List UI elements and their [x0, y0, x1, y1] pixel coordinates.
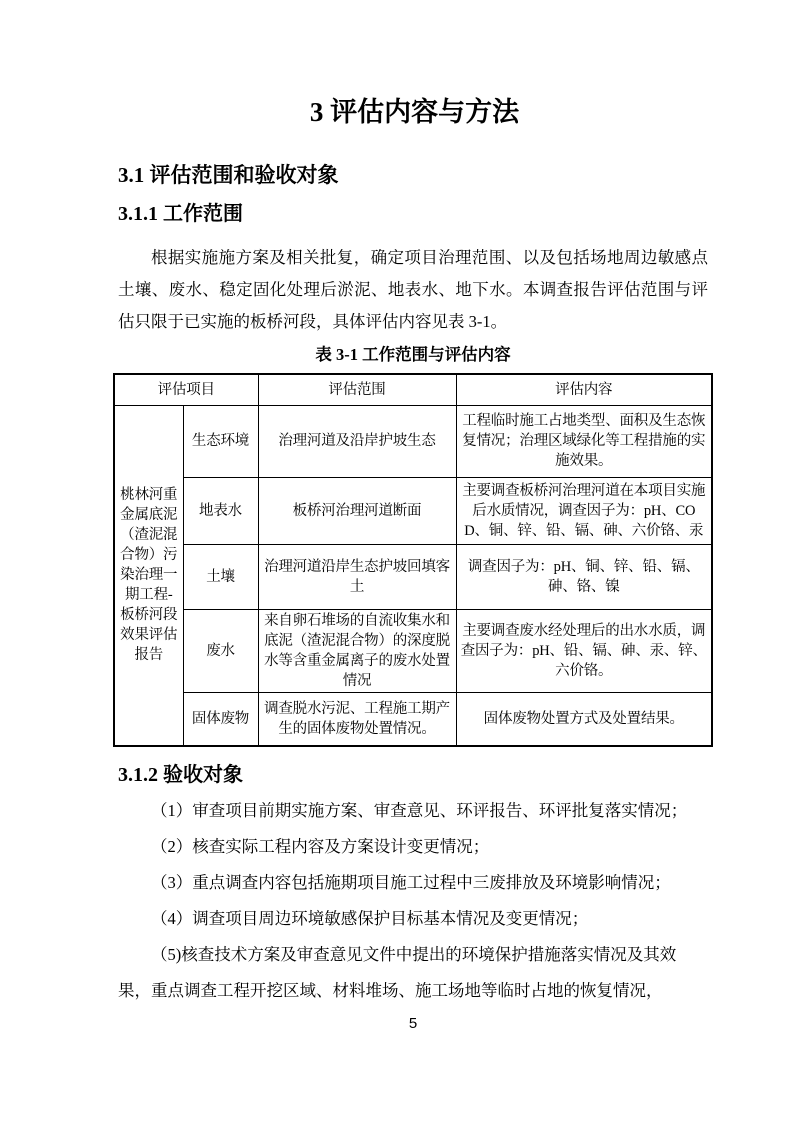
list-item-1: （1）审查项目前期实施方案、审查意见、环评报告、环评批复落实情况； [118, 793, 690, 829]
header-cell-content: 评估内容 [456, 374, 712, 405]
list-item-2: （2）核查实际工程内容及方案设计变更情况； [118, 829, 690, 865]
scope-cell: 来自卵石堆场的自流收集水和底泥（渣泥混合物）的深度脱水等含重金属离子的废水处置情… [258, 609, 456, 692]
page-title: 3 评估内容与方法 [118, 92, 711, 132]
table-row: 固体废物 调查脱水污泥、工程施工期产生的固体废物处置情况。 固体废物处置方式及处… [114, 692, 712, 746]
table-row: 废水 来自卵石堆场的自流收集水和底泥（渣泥混合物）的深度脱水等含重金属离子的废水… [114, 609, 712, 692]
page-content: 3 评估内容与方法 3.1 评估范围和验收对象 3.1.1 工作范围 根据实施施… [118, 92, 711, 1032]
category-cell: 生态环境 [183, 405, 258, 477]
page-number: 5 [118, 1015, 708, 1032]
scope-cell: 板桥河治理河道断面 [258, 477, 456, 544]
content-cell: 工程临时施工占地类型、面积及生态恢复情况；治理区域绿化等工程措施的实施效果。 [456, 405, 712, 477]
document-page: 3 评估内容与方法 3.1 评估范围和验收对象 3.1.1 工作范围 根据实施施… [0, 0, 793, 1122]
heading-3-1-1: 3.1.1 工作范围 [118, 199, 711, 229]
content-cell: 主要调查废水经处理后的出水水质，调查因子为：pH、铅、镉、砷、汞、锌、六价铬。 [456, 609, 712, 692]
category-cell: 废水 [183, 609, 258, 692]
table-caption: 表 3-1 工作范围与评估内容 [118, 344, 708, 366]
category-cell: 固体废物 [183, 692, 258, 746]
content-cell: 主要调查板桥河治理河道在本项目实施后水质情况，调查因子为：pH、COD、铜、锌、… [456, 477, 712, 544]
project-label-cell: 桃林河重金属底泥（渣泥混合物）污染治理一期工程-板桥河段效果评估报告 [114, 405, 183, 746]
list-item-3: （3）重点调查内容包括施期项目施工过程中三废排放及环境影响情况； [118, 865, 690, 901]
list-item-4: （4）调查项目周边环境敏感保护目标基本情况及变更情况； [118, 901, 690, 937]
table-row: 地表水 板桥河治理河道断面 主要调查板桥河治理河道在本项目实施后水质情况，调查因… [114, 477, 712, 544]
table-header-row: 评估项目 评估范围 评估内容 [114, 374, 712, 405]
category-cell: 土壤 [183, 544, 258, 609]
scope-cell: 调查脱水污泥、工程施工期产生的固体废物处置情况。 [258, 692, 456, 746]
work-scope-paragraph: 根据实施施方案及相关批复，确定项目治理范围、以及包括场地周边敏感点土壤、废水、稳… [118, 242, 708, 338]
content-cell: 调查因子为：pH、铜、锌、铅、镉、砷、铬、镍 [456, 544, 712, 609]
table-row: 桃林河重金属底泥（渣泥混合物）污染治理一期工程-板桥河段效果评估报告 生态环境 … [114, 405, 712, 477]
table-row: 土壤 治理河道沿岸生态护坡回填客土 调查因子为：pH、铜、锌、铅、镉、砷、铬、镍 [114, 544, 712, 609]
content-cell: 固体废物处置方式及处置结果。 [456, 692, 712, 746]
heading-3-1: 3.1 评估范围和验收对象 [118, 159, 711, 191]
header-cell-scope: 评估范围 [258, 374, 456, 405]
scope-cell: 治理河道沿岸生态护坡回填客土 [258, 544, 456, 609]
scope-cell: 治理河道及沿岸护坡生态 [258, 405, 456, 477]
category-cell: 地表水 [183, 477, 258, 544]
work-scope-table: 评估项目 评估范围 评估内容 桃林河重金属底泥（渣泥混合物）污染治理一期工程-板… [113, 373, 713, 747]
list-item-5: （5)核查技术方案及审查意见文件中提出的环境保护措施落实情况及其效果，重点调查工… [118, 937, 690, 1009]
header-cell-project: 评估项目 [114, 374, 258, 405]
acceptance-items-list: （1）审查项目前期实施方案、审查意见、环评报告、环评批复落实情况； （2）核查实… [118, 793, 690, 1009]
heading-3-1-2: 3.1.2 验收对象 [118, 760, 711, 790]
